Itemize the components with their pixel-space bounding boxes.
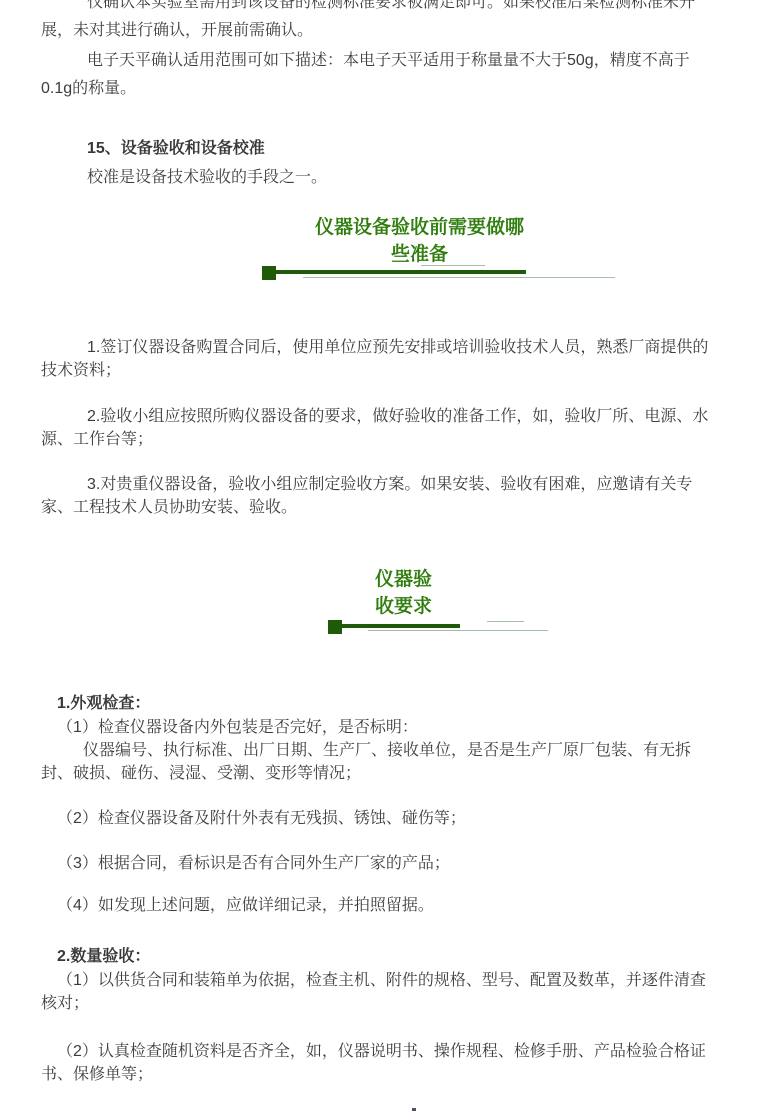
paragraph-calibration-confirmation: 仅确认本实验室需用到该设备的检测标准要求被满足即可。如果校准后某检测标准未开展，… — [41, 0, 718, 45]
quantity-check-title: 2.数量验收： — [41, 945, 718, 968]
green-heading-acceptance-text: 仪器验 收要求 — [24, 566, 783, 620]
appearance-check-title: 1.外观检查： — [41, 692, 718, 715]
thin-line-long-decoration — [368, 630, 548, 631]
green-heading-preparation-text: 仪器设备验收前需要做哪 些准备 — [56, 214, 783, 268]
appearance-item-1-detail: 仪器编号、执行标准、出厂日期、生产厂、接收单位，是否是生产厂原厂包装、有无拆封、… — [41, 739, 718, 785]
green-heading-acceptance-line2: 收要求 — [24, 593, 783, 620]
green-heading-acceptance-requirements: 仪器验 收要求 — [0, 566, 783, 652]
paragraph-balance-scope: 电子天平确认适用范围可如下描述：本电子天平适用于称量量不大于50g，精度不高于0… — [41, 47, 718, 103]
thin-line-short-decoration — [421, 265, 485, 266]
green-square-decoration — [262, 266, 276, 280]
appearance-item-3: （3）根据合同，看标识是否有合同外生产厂家的产品； — [41, 852, 718, 875]
green-square-decoration — [328, 620, 342, 634]
green-heading-preparation-line2: 些准备 — [56, 241, 783, 268]
green-heading-acceptance-line1: 仪器验 — [24, 566, 783, 593]
green-bar-decoration — [342, 624, 460, 628]
appearance-item-1: （1）检查仪器设备内外包装是否完好，是否标明： — [41, 716, 718, 739]
section-15-title: 15、设备验收和设备校准 — [41, 137, 718, 160]
thin-line-long-decoration — [303, 277, 615, 278]
green-heading-preparation: 仪器设备验收前需要做哪 些准备 — [0, 214, 783, 298]
appearance-item-4: （4）如发现上述问题，应做详细记录，并拍照留据。 — [41, 894, 718, 917]
section-15-intro: 校准是设备技术验收的手段之一。 — [41, 166, 718, 189]
appearance-item-2: （2）检查仪器设备及附什外表有无残损、锈蚀、碰伤等； — [41, 807, 718, 830]
document-page: 仅确认本实验室需用到该设备的检测标准要求被满足即可。如果校准后某检测标准未开展，… — [0, 0, 783, 1111]
quantity-item-1: （1）以供货合同和装箱单为依据，检查主机、附件的规格、型号、配置及数革，并逐件清… — [41, 969, 718, 1015]
prep-item-1: 1.签订仪器设备购置合同后，使用单位应预先安排或培训验收技术人员，熟悉厂商提供的… — [41, 336, 718, 382]
thin-line-short-decoration — [487, 621, 524, 622]
green-heading-preparation-line1: 仪器设备验收前需要做哪 — [56, 214, 783, 241]
prep-item-2: 2.验收小组应按照所购仪器设备的要求，做好验收的准备工作，如，验收厂所、电源、水… — [41, 405, 718, 451]
quantity-item-2: （2）认真检查随机资料是否齐全，如，仪器说明书、操作规程、检修手册、产品检验合格… — [41, 1040, 718, 1086]
green-bar-decoration — [276, 270, 526, 274]
prep-item-3: 3.对贵重仪器设备，验收小组应制定验收方案。如果安装、验收有困难，应邀请有关专家… — [41, 473, 718, 519]
